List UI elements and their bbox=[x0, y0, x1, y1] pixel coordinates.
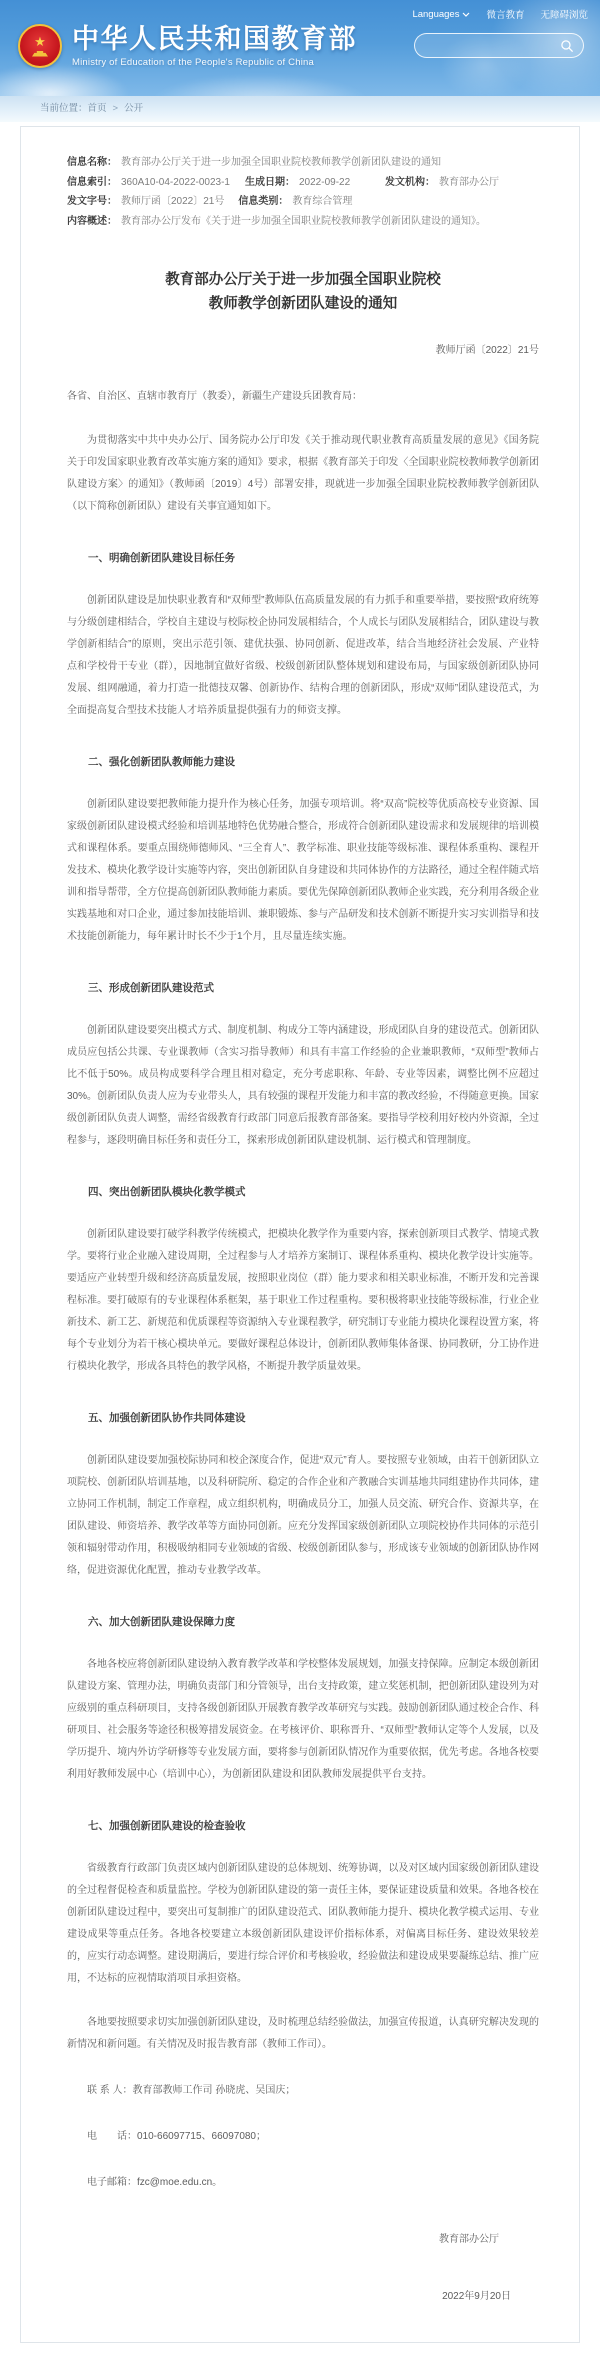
document-meta: 信息名称：教育部办公厅关于进一步加强全国职业院校教师教学创新团队建设的通知 信息… bbox=[67, 153, 539, 231]
languages-label: Languages bbox=[412, 9, 459, 20]
section-4-heading: 四、突出创新团队模块化教学模式 bbox=[67, 1182, 539, 1202]
meta-index-label: 信息索引： bbox=[67, 177, 117, 188]
meta-row-index: 信息索引：360A10-04-2022-0023-1 生成日期：2022-09-… bbox=[67, 173, 539, 193]
section-5-heading: 五、加强创新团队协作共同体建设 bbox=[67, 1408, 539, 1428]
document-title: 教育部办公厅关于进一步加强全国职业院校 教师教学创新团队建设的通知 bbox=[77, 269, 529, 317]
meta-category-label: 信息类别： bbox=[238, 196, 288, 207]
cloud-decoration bbox=[0, 64, 130, 96]
page: Languages 微言教育 无障碍浏览 ★ 中华人民共和国教育部 Minist… bbox=[0, 0, 600, 2343]
section-3-paragraph: 创新团队建设要突出模式方式、制度机制、构成分工等内涵建设，形成团队自身的建设范式… bbox=[67, 1020, 539, 1152]
contact-phone: 电 话：010-66097715、66097080； bbox=[67, 2126, 539, 2148]
search-box[interactable] bbox=[414, 33, 584, 58]
meta-date-value: 2022-09-22 bbox=[299, 177, 350, 188]
document-card: 信息名称：教育部办公厅关于进一步加强全国职业院校教师教学创新团队建设的通知 信息… bbox=[20, 126, 580, 2343]
meta-issuer-value: 教育部办公厅 bbox=[439, 177, 499, 188]
meta-name-value: 教育部办公厅关于进一步加强全国职业院校教师教学创新团队建设的通知 bbox=[121, 157, 441, 168]
meta-name-label: 信息名称： bbox=[67, 157, 117, 168]
breadcrumb-current[interactable]: 公开 bbox=[124, 103, 143, 114]
search-input[interactable] bbox=[424, 40, 560, 52]
meta-category-value: 教育综合管理 bbox=[292, 196, 352, 207]
section-2-paragraph: 创新团队建设要把教师能力提升作为核心任务，加强专项培训。将“双高”院校等优质高校… bbox=[67, 794, 539, 948]
meta-row-name: 信息名称：教育部办公厅关于进一步加强全国职业院校教师教学创新团队建设的通知 bbox=[67, 153, 539, 173]
accessibility-link[interactable]: 无障碍浏览 bbox=[540, 7, 588, 21]
site-title: 中华人民共和国教育部 bbox=[72, 24, 357, 54]
breadcrumb-prefix: 当前位置： bbox=[40, 103, 88, 114]
section-1-paragraph: 创新团队建设是加快职业教育和“双师型”教师队伍高质量发展的有力抓手和重要举措，要… bbox=[67, 590, 539, 722]
signature-org: 教育部办公厅 bbox=[67, 2230, 539, 2245]
star-icon: ★ bbox=[34, 36, 46, 48]
meta-number-label: 发文字号： bbox=[67, 196, 117, 207]
cloud-decoration bbox=[150, 74, 370, 96]
contact-person: 联 系 人：教育部教师工作司 孙晓虎、吴国庆； bbox=[67, 2080, 539, 2102]
meta-number-value: 教师厅函〔2022〕21号 bbox=[121, 196, 224, 207]
document-title-line2: 教师教学创新团队建设的通知 bbox=[209, 296, 398, 312]
brand-text: 中华人民共和国教育部 Ministry of Education of the … bbox=[72, 24, 357, 68]
site-subtitle: Ministry of Education of the People's Re… bbox=[72, 57, 357, 68]
meta-date-label: 生成日期： bbox=[245, 177, 295, 188]
meta-index-value: 360A10-04-2022-0023-1 bbox=[121, 177, 230, 188]
section-7-paragraph: 省级教育行政部门负责区域内创新团队建设的总体规划、统筹协调，以及对区域内国家级创… bbox=[67, 1858, 539, 1990]
closing-paragraph: 各地要按照要求切实加强创新团队建设，及时梳理总结经验做法，加强宣传报道，认真研究… bbox=[67, 2012, 539, 2056]
meta-issuer-label: 发文机构： bbox=[385, 177, 435, 188]
section-5-paragraph: 创新团队建设要加强校际协同和校企深度合作，促进“双元”育人。要按照专业领域，由若… bbox=[67, 1450, 539, 1582]
section-6-heading: 六、加大创新团队建设保障力度 bbox=[67, 1612, 539, 1632]
gate-icon bbox=[32, 51, 48, 57]
breadcrumb-separator: > bbox=[113, 103, 119, 114]
section-3-heading: 三、形成创新团队建设范式 bbox=[67, 978, 539, 998]
meta-summary-label: 内容概述： bbox=[67, 216, 117, 227]
signature-date: 2022年9月20日 bbox=[67, 2287, 539, 2302]
breadcrumb-home[interactable]: 首页 bbox=[88, 103, 107, 114]
intro-paragraph: 为贯彻落实中共中央办公厅、国务院办公厅印发《关于推动现代职业教育高质量发展的意见… bbox=[67, 430, 539, 518]
document-title-line1: 教育部办公厅关于进一步加强全国职业院校 bbox=[165, 272, 441, 288]
section-1-heading: 一、明确创新团队建设目标任务 bbox=[67, 548, 539, 568]
breadcrumb: 当前位置：首页>公开 bbox=[0, 96, 600, 122]
section-2-heading: 二、强化创新团队教师能力建设 bbox=[67, 752, 539, 772]
section-6-paragraph: 各地各校应将创新团队建设纳入教育教学改革和学校整体发展规划，加强支持保障。应制定… bbox=[67, 1654, 539, 1786]
weibo-education-link[interactable]: 微言教育 bbox=[486, 7, 524, 21]
languages-menu[interactable]: Languages bbox=[412, 9, 470, 20]
chevron-down-icon bbox=[462, 12, 470, 17]
search-icon[interactable] bbox=[560, 39, 574, 53]
salutation: 各省、自治区、直辖市教育厅（教委），新疆生产建设兵团教育局： bbox=[67, 386, 539, 408]
contact-email: 电子邮箱：fzc@moe.edu.cn。 bbox=[67, 2172, 539, 2194]
section-4-paragraph: 创新团队建设要打破学科教学传统模式，把模块化教学作为重要内容，探索创新项目式教学… bbox=[67, 1224, 539, 1378]
site-header: Languages 微言教育 无障碍浏览 ★ 中华人民共和国教育部 Minist… bbox=[0, 0, 600, 96]
document-number: 教师厅函〔2022〕21号 bbox=[67, 341, 539, 356]
meta-summary-value: 教育部办公厅发布《关于进一步加强全国职业院校教师教学创新团队建设的通知》。 bbox=[121, 216, 486, 227]
section-7-heading: 七、加强创新团队建设的检查验收 bbox=[67, 1816, 539, 1836]
meta-row-summary: 内容概述：教育部办公厅发布《关于进一步加强全国职业院校教师教学创新团队建设的通知… bbox=[67, 212, 539, 232]
national-emblem-logo: ★ bbox=[18, 24, 62, 68]
topbar: Languages 微言教育 无障碍浏览 bbox=[412, 7, 588, 21]
meta-row-number: 发文字号：教师厅函〔2022〕21号 信息类别：教育综合管理 bbox=[67, 192, 539, 212]
